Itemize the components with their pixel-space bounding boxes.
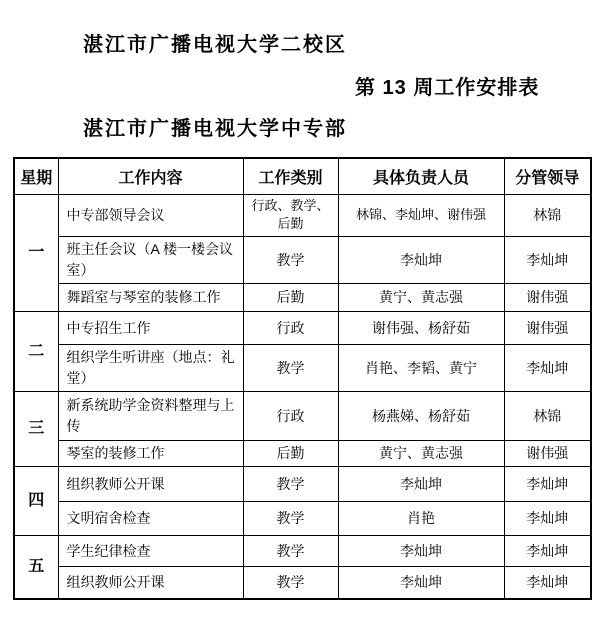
cell-responsible-persons: 杨燕娣、杨舒茹 (338, 392, 504, 441)
cell-work-content: 舞蹈室与琴室的装修工作 (58, 284, 243, 312)
day-cell: 四 (14, 467, 58, 536)
cell-leader-in-charge: 谢伟强 (504, 441, 591, 467)
cell-work-content: 组织教师公开课 (58, 567, 243, 599)
table-row: 组织学生听讲座（地点：礼堂）教学肖艳、李韬、黄宁李灿坤 (14, 345, 591, 392)
cell-work-category: 教学 (243, 567, 338, 599)
cell-leader-in-charge: 李灿坤 (504, 567, 591, 599)
col-header-content: 工作内容 (58, 158, 243, 194)
table-row: 三新系统助学金资料整理与上传行政杨燕娣、杨舒茹林锦 (14, 392, 591, 441)
cell-responsible-persons: 李灿坤 (338, 536, 504, 567)
day-cell: 五 (14, 536, 58, 599)
cell-work-category: 教学 (243, 536, 338, 567)
week-schedule-title: 第 13 周工作安排表 (355, 77, 539, 99)
table-row: 文明宿舍检查教学肖艳李灿坤 (14, 502, 591, 536)
table-row: 二中专招生工作行政谢伟强、杨舒茹谢伟强 (14, 312, 591, 345)
cell-work-category: 后勤 (243, 284, 338, 312)
day-cell: 一 (14, 194, 58, 312)
table-body: 一中专部领导会议行政、教学、后勤林锦、李灿坤、谢伟强林锦班主任会议（A 楼一楼会… (14, 194, 591, 599)
cell-leader-in-charge: 林锦 (504, 194, 591, 237)
cell-leader-in-charge: 李灿坤 (504, 237, 591, 284)
col-header-category: 工作类别 (243, 158, 338, 194)
cell-work-category: 教学 (243, 345, 338, 392)
cell-responsible-persons: 肖艳 (338, 502, 504, 536)
cell-work-category: 后勤 (243, 441, 338, 467)
cell-responsible-persons: 谢伟强、杨舒茹 (338, 312, 504, 345)
table-row: 班主任会议（A 楼一楼会议室）教学李灿坤李灿坤 (14, 237, 591, 284)
col-header-day: 星期 (14, 158, 58, 194)
table-row: 舞蹈室与琴室的装修工作后勤黄宁、黄志强谢伟强 (14, 284, 591, 312)
cell-work-category: 教学 (243, 237, 338, 284)
cell-work-content: 班主任会议（A 楼一楼会议室） (58, 237, 243, 284)
cell-responsible-persons: 肖艳、李韬、黄宁 (338, 345, 504, 392)
cell-leader-in-charge: 李灿坤 (504, 345, 591, 392)
cell-leader-in-charge: 林锦 (504, 392, 591, 441)
cell-work-content: 新系统助学金资料整理与上传 (58, 392, 243, 441)
cell-leader-in-charge: 谢伟强 (504, 284, 591, 312)
cell-work-content: 中专部领导会议 (58, 194, 243, 237)
cell-work-content: 组织学生听讲座（地点：礼堂） (58, 345, 243, 392)
cell-responsible-persons: 黄宁、黄志强 (338, 441, 504, 467)
cell-work-content: 学生纪律检查 (58, 536, 243, 567)
cell-responsible-persons: 李灿坤 (338, 237, 504, 284)
cell-work-content: 中专招生工作 (58, 312, 243, 345)
cell-work-category: 行政 (243, 392, 338, 441)
cell-leader-in-charge: 李灿坤 (504, 467, 591, 502)
day-cell: 三 (14, 392, 58, 467)
cell-responsible-persons: 林锦、李灿坤、谢伟强 (338, 194, 504, 237)
cell-responsible-persons: 李灿坤 (338, 567, 504, 599)
cell-leader-in-charge: 谢伟强 (504, 312, 591, 345)
day-cell: 二 (14, 312, 58, 392)
cell-work-content: 琴室的装修工作 (58, 441, 243, 467)
table-row: 组织教师公开课教学李灿坤李灿坤 (14, 567, 591, 599)
table-row: 五学生纪律检查教学李灿坤李灿坤 (14, 536, 591, 567)
cell-work-category: 教学 (243, 467, 338, 502)
table-header-row: 星期工作内容工作类别具体负责人员分管领导 (14, 158, 591, 194)
work-schedule-table: 星期工作内容工作类别具体负责人员分管领导 一中专部领导会议行政、教学、后勤林锦、… (13, 157, 592, 600)
cell-work-category: 行政 (243, 312, 338, 345)
campus-title: 湛江市广播电视大学二校区 (83, 34, 347, 56)
cell-work-category: 教学 (243, 502, 338, 536)
cell-work-content: 组织教师公开课 (58, 467, 243, 502)
cell-work-category: 行政、教学、后勤 (243, 194, 338, 237)
table-row: 一中专部领导会议行政、教学、后勤林锦、李灿坤、谢伟强林锦 (14, 194, 591, 237)
department-title: 湛江市广播电视大学中专部 (83, 118, 347, 140)
cell-leader-in-charge: 李灿坤 (504, 536, 591, 567)
cell-responsible-persons: 李灿坤 (338, 467, 504, 502)
cell-leader-in-charge: 李灿坤 (504, 502, 591, 536)
col-header-leader: 分管领导 (504, 158, 591, 194)
col-header-responsible: 具体负责人员 (338, 158, 504, 194)
cell-work-content: 文明宿舍检查 (58, 502, 243, 536)
table-row: 琴室的装修工作后勤黄宁、黄志强谢伟强 (14, 441, 591, 467)
cell-responsible-persons: 黄宁、黄志强 (338, 284, 504, 312)
table-row: 四组织教师公开课教学李灿坤李灿坤 (14, 467, 591, 502)
